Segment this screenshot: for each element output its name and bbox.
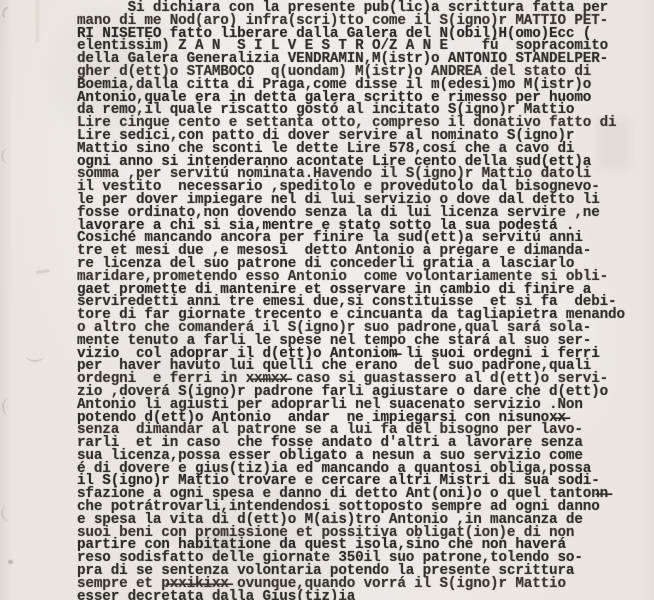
text-line: esser decretata dalla Gius(tiz)ia [77,591,625,600]
scan-artifact [0,3,28,28]
scan-artifact [0,503,20,523]
scan-artifact [26,350,44,362]
scan-artifact [2,398,18,416]
scan-artifact [36,269,50,274]
scan-artifact [36,0,39,42]
document-text: Si dichiara con la presente pub(lic)a sc… [77,2,625,600]
scanned-document-page: Si dichiara con la presente pub(lic)a sc… [0,0,654,600]
scan-artifact [8,560,13,564]
scan-artifact [1,148,19,164]
